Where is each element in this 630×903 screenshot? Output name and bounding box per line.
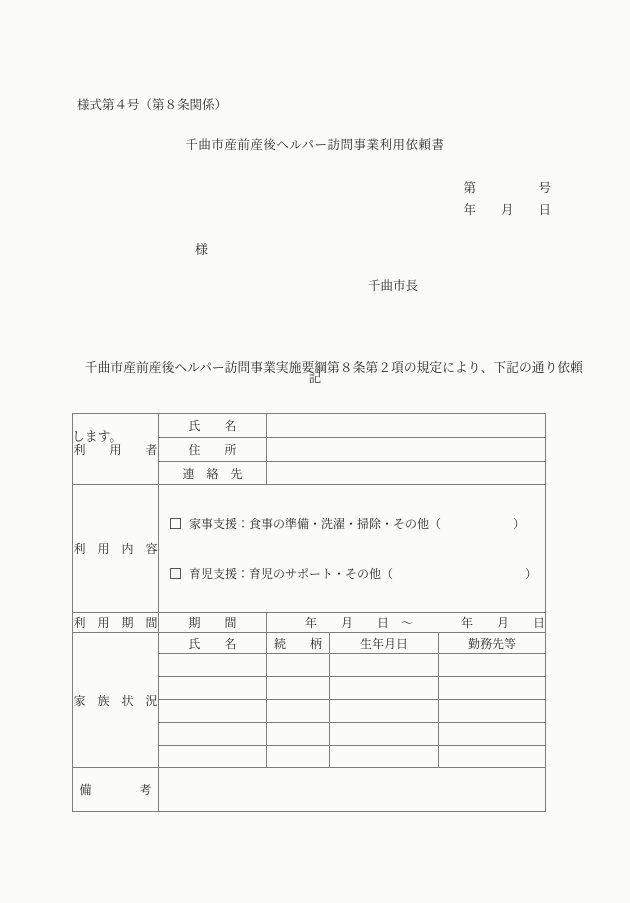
family-cell bbox=[439, 654, 546, 677]
family-cell bbox=[159, 677, 267, 700]
family-cell bbox=[267, 654, 330, 677]
family-cell bbox=[159, 700, 267, 723]
housework-support-checkbox[interactable] bbox=[170, 518, 181, 529]
user-section-label: 利 用 者 bbox=[73, 414, 159, 485]
family-cell bbox=[267, 746, 330, 768]
family-cell bbox=[439, 723, 546, 746]
document-page: 様式第４号（第８条関係） 千曲市産前産後ヘルパー訪問事業利用依頼書 第 号 年 … bbox=[0, 0, 630, 903]
addressee-honorific: 様 bbox=[195, 239, 208, 258]
family-cell bbox=[330, 677, 439, 700]
family-header-name: 氏 名 bbox=[159, 633, 267, 654]
family-header-birthdate: 生年月日 bbox=[330, 633, 439, 654]
contact-field-label: 連 絡 先 bbox=[159, 462, 267, 485]
period-section-label: 利 用 期 間 bbox=[73, 613, 159, 633]
family-cell bbox=[439, 677, 546, 700]
address-field-label: 住 所 bbox=[159, 438, 267, 462]
family-cell bbox=[439, 746, 546, 768]
family-cell bbox=[439, 700, 546, 723]
service-options-cell: 家事支援：食事の準備・洗濯・掃除・その他（ ） 育児支援：育児のサポート・その他… bbox=[159, 485, 546, 613]
family-cell bbox=[267, 700, 330, 723]
family-cell bbox=[159, 723, 267, 746]
family-cell bbox=[159, 746, 267, 768]
family-header-relation: 続 柄 bbox=[267, 633, 330, 654]
housework-support-label: 家事支援：食事の準備・洗濯・掃除・その他（ ） bbox=[189, 515, 525, 532]
childcare-support-checkbox[interactable] bbox=[170, 568, 181, 579]
name-value-cell bbox=[267, 414, 546, 438]
family-cell bbox=[330, 654, 439, 677]
family-cell bbox=[267, 677, 330, 700]
period-date-range: 年 月 日 ～ 年 月 日 bbox=[267, 613, 546, 633]
address-value-cell bbox=[267, 438, 546, 462]
contact-value-cell bbox=[267, 462, 546, 485]
request-table: 利 用 者 氏 名 住 所 連 絡 先 利 用 内 容 家事支援：食事の準備・洗… bbox=[72, 413, 546, 812]
family-header-workplace: 勤務先等 bbox=[439, 633, 546, 654]
period-field-label: 期 間 bbox=[159, 613, 267, 633]
sender-name: 千曲市長 bbox=[368, 276, 418, 294]
family-cell bbox=[159, 654, 267, 677]
childcare-support-label: 育児支援：育児のサポート・その他（ ） bbox=[189, 565, 537, 582]
issue-date-line: 年 月 日 bbox=[463, 200, 551, 218]
family-section-label: 家 族 状 況 bbox=[73, 633, 159, 768]
family-cell bbox=[330, 723, 439, 746]
section-marker: 記 bbox=[0, 368, 630, 386]
notes-section-label: 備 考 bbox=[73, 768, 159, 812]
name-field-label: 氏 名 bbox=[159, 414, 267, 438]
form-number: 様式第４号（第８条関係） bbox=[77, 95, 227, 113]
page-title: 千曲市産前産後ヘルパー訪問事業利用依頼書 bbox=[0, 135, 630, 153]
housework-support-option: 家事支援：食事の準備・洗濯・掃除・その他（ ） bbox=[159, 513, 545, 535]
family-cell bbox=[330, 700, 439, 723]
notes-value-cell bbox=[159, 768, 546, 812]
document-number-line: 第 号 bbox=[463, 178, 551, 196]
family-cell bbox=[267, 723, 330, 746]
family-cell bbox=[330, 746, 439, 768]
childcare-support-option: 育児支援：育児のサポート・その他（ ） bbox=[159, 563, 545, 585]
service-section-label: 利 用 内 容 bbox=[73, 485, 159, 613]
